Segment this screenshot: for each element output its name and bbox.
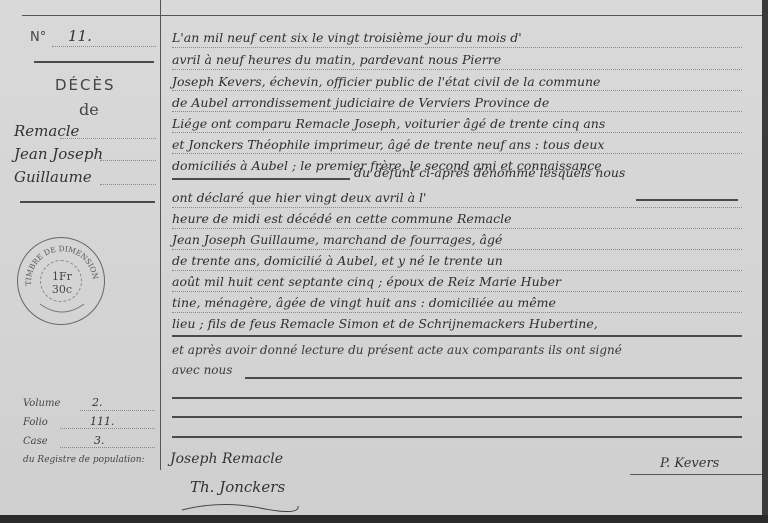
record-type-title: DÉCÈS xyxy=(55,76,116,94)
name-dotline-1 xyxy=(60,138,156,139)
stamp-value-francs: 1Fr xyxy=(18,270,106,283)
body-line: Liége ont comparu Remacle Joseph, voitur… xyxy=(172,116,605,131)
registry-folio-label: Folio xyxy=(23,417,48,428)
signature-flourish-icon xyxy=(180,490,300,515)
body-end-rule xyxy=(172,335,742,337)
body-line: avril à neuf heures du matin, pardevant … xyxy=(172,52,501,67)
signature-rule-2 xyxy=(172,397,742,399)
signature-joseph-remacle: Joseph Remacle xyxy=(170,451,283,467)
registry-volume-label: Volume xyxy=(23,398,60,409)
guide-line xyxy=(172,69,742,70)
body-line: Jean Joseph Guillaume, marchand de fourr… xyxy=(172,232,502,247)
record-number-value: 11. xyxy=(68,27,92,45)
deceased-given-names: Jean Joseph xyxy=(14,145,103,163)
registry-case-label: Case xyxy=(23,436,48,447)
body-line: tine, ménagère, âgée de vingt huit ans :… xyxy=(172,295,556,310)
body-line: de Aubel arrondissement judiciaire de Ve… xyxy=(172,95,549,110)
body-line: et Jonckers Théophile imprimeur, âgé de … xyxy=(172,137,604,152)
registry-footer-label: du Registre de population: xyxy=(23,455,145,465)
name-dotline-3 xyxy=(100,184,156,185)
signature-kevers: P. Kevers xyxy=(660,456,719,471)
record-type-de: de xyxy=(79,100,99,119)
name-dotline-2 xyxy=(100,160,156,161)
body-line: du défunt ci-après dénommé lesquels nous xyxy=(354,165,625,180)
signature-kevers-underline xyxy=(630,474,762,475)
registry-case-value: 3. xyxy=(94,434,105,447)
deceased-given-name-3: Guillaume xyxy=(14,168,92,186)
guide-line xyxy=(172,47,742,48)
guide-line xyxy=(172,312,742,313)
top-rule xyxy=(22,15,762,16)
signature-rule-4 xyxy=(172,436,742,438)
guide-line xyxy=(172,270,742,271)
guide-line xyxy=(172,132,742,133)
tax-stamp: TIMBRE DE DIMENSION 1Fr 30c xyxy=(17,237,105,325)
number-dotline xyxy=(52,46,156,47)
body-line: de trente ans, domicilié à Aubel, et y n… xyxy=(172,253,503,268)
scan-border-right xyxy=(762,0,768,523)
body-line: ont déclaré que hier vingt deux avril à … xyxy=(172,190,427,205)
case-dotline xyxy=(60,447,155,448)
guide-line xyxy=(172,291,742,292)
registry-volume-value: 2. xyxy=(92,396,103,409)
volume-dotline xyxy=(80,410,155,411)
body-fill-rule-2 xyxy=(636,199,738,201)
registry-folio-value: 111. xyxy=(90,415,115,428)
body-line: L'an mil neuf cent six le vingt troisièm… xyxy=(172,30,522,45)
death-certificate-page: N° 11. DÉCÈS de Remacle Jean Joseph Guil… xyxy=(0,0,762,515)
signature-rule-3 xyxy=(172,416,742,418)
guide-line xyxy=(172,207,742,208)
closing-text-line-2: avec nous xyxy=(172,363,232,377)
number-underline-rule xyxy=(34,61,154,63)
body-line: Joseph Kevers, échevin, officier public … xyxy=(172,74,600,89)
name-end-rule xyxy=(20,201,155,203)
signature-rule-1 xyxy=(245,377,742,379)
column-divider xyxy=(160,0,161,470)
stamp-value-centimes: 30c xyxy=(18,283,106,296)
scan-border-bottom xyxy=(0,515,768,523)
record-number-label: N° xyxy=(30,30,46,45)
guide-line xyxy=(172,249,742,250)
guide-line xyxy=(172,111,742,112)
body-line: août mil huit cent septante cinq ; époux… xyxy=(172,274,561,289)
guide-line xyxy=(172,153,742,154)
guide-line xyxy=(172,228,742,229)
folio-dotline xyxy=(60,428,155,429)
body-fill-rule xyxy=(172,178,350,180)
guide-line xyxy=(172,90,742,91)
body-line: heure de midi est décédé en cette commun… xyxy=(172,211,511,226)
closing-text-line-1: et après avoir donné lecture du présent … xyxy=(172,343,622,357)
body-line: lieu ; fils de feus Remacle Simon et de … xyxy=(172,316,598,331)
